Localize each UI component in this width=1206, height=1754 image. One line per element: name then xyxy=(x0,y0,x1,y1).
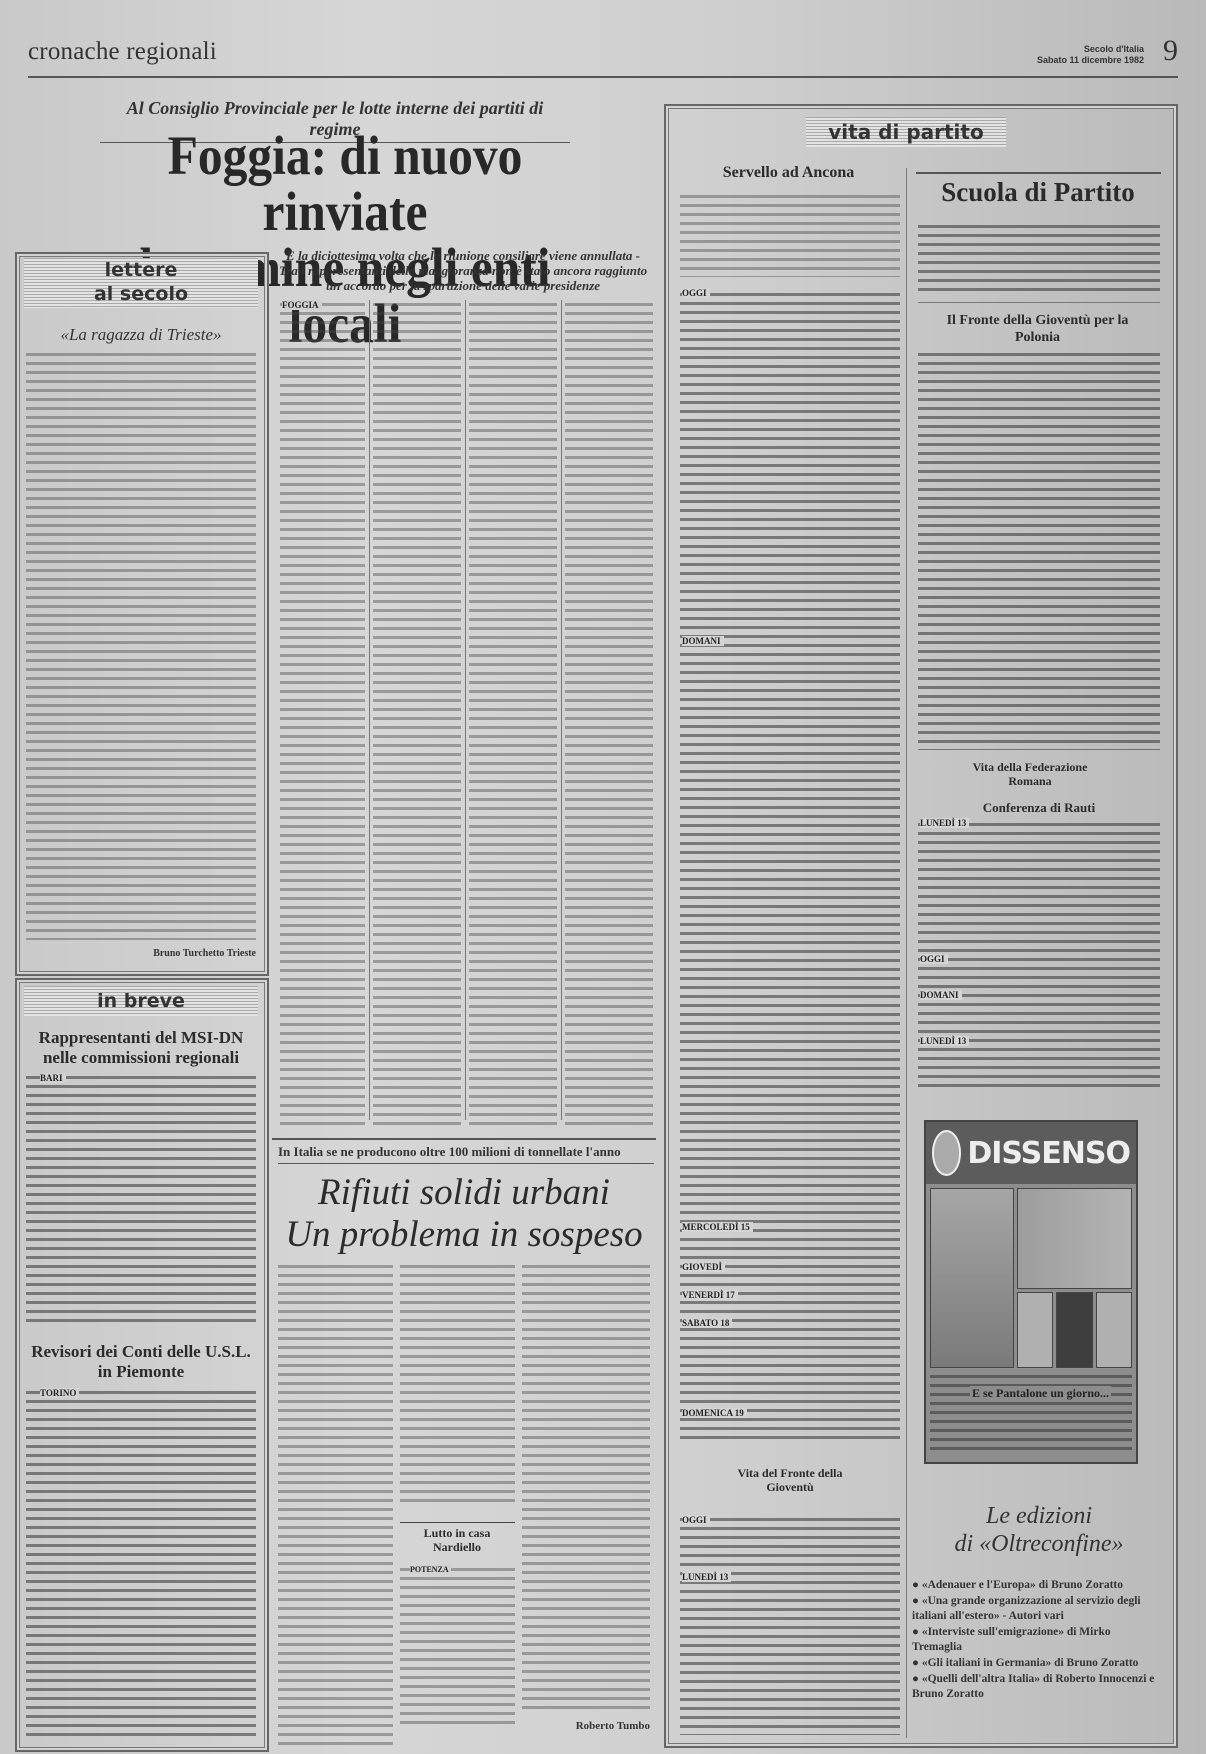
waste-headline-line1: Rifiuti solidi urbani xyxy=(272,1172,656,1214)
brief1-title: Rappresentanti del MSI-DN nelle commissi… xyxy=(24,1028,258,1068)
dissenso-wordmark: DISSENSO xyxy=(967,1136,1130,1171)
waste-top-rule xyxy=(272,1138,656,1140)
cover-photo-left xyxy=(930,1188,1014,1368)
masthead-info: Secolo d'Italia Sabato 11 dicembre 1982 xyxy=(1037,44,1144,66)
letters-rubric: lettere al secolo xyxy=(24,258,258,308)
waste-body-col2 xyxy=(400,1262,515,1502)
youth-label-mon: LUNEDÌ 13 xyxy=(682,1572,731,1582)
letters-body xyxy=(26,350,256,940)
rauti-label-today: OGGI xyxy=(920,954,948,964)
edition-item: ● «Adenauer e l'Europa» di Bruno Zoratto xyxy=(912,1578,1160,1593)
youth-front-body xyxy=(680,1515,900,1735)
poland-title: Il Fronte della Gioventù per la Polonia xyxy=(930,312,1145,346)
waste-kicker: In Italia se ne producono oltre 100 mili… xyxy=(278,1144,654,1164)
column-rule xyxy=(369,300,370,1120)
lead-body-col4 xyxy=(565,300,653,1125)
servello-title: Servello ad Ancona xyxy=(676,164,901,182)
school-title: Scuola di Partito xyxy=(912,177,1164,208)
box-column-rule xyxy=(906,168,907,1738)
sidebar-rule xyxy=(400,1522,515,1523)
dissenso-cover-caption: E se Pantalone un giorno... xyxy=(970,1386,1111,1401)
servello-body xyxy=(680,192,900,277)
editions-title-line1: Le edizioni xyxy=(918,1502,1160,1530)
letters-rubric-line2: al secolo xyxy=(24,282,258,306)
agenda-label-thu: GIOVEDÌ xyxy=(682,1262,725,1272)
mourning-body xyxy=(400,1565,515,1725)
editions-title: Le edizioni di «Oltreconfine» xyxy=(918,1502,1160,1558)
cover-photo-portrait xyxy=(1017,1188,1132,1289)
issue-date: Sabato 11 dicembre 1982 xyxy=(1037,55,1144,66)
lead-body-col1 xyxy=(280,300,365,1125)
rauti-label-tomorrow: DOMANI xyxy=(920,990,962,1000)
lead-dateline: FOGGIA xyxy=(282,300,322,310)
lead-body-col2 xyxy=(373,300,461,1125)
letters-signature: Bruno Turchetto Trieste xyxy=(26,948,256,959)
waste-body-col3 xyxy=(522,1262,650,1712)
mourning-dateline: POTENZA xyxy=(410,1565,451,1574)
waste-headline-line2: Un problema in sospeso xyxy=(272,1214,656,1256)
column-rule xyxy=(465,300,466,1120)
agenda-label-wed: MERCOLEDÌ 15 xyxy=(682,1222,753,1232)
brief2-dateline: TORINO xyxy=(40,1388,79,1398)
brief1-dateline: BARI xyxy=(40,1073,66,1083)
brief1-body xyxy=(26,1073,256,1323)
lead-headline-line1: Foggia: di nuovo rinviate xyxy=(98,128,593,240)
mourning-title: Lutto in casa Nardiello xyxy=(402,1526,512,1554)
brief2-body xyxy=(26,1388,256,1738)
dissenso-cover-text: E se Pantalone un giorno... xyxy=(930,1372,1132,1452)
cover-thumb xyxy=(1017,1292,1053,1368)
school-rule xyxy=(916,172,1161,174)
cover-thumb xyxy=(1096,1292,1132,1368)
edition-item: ● «Interviste sull'emigrazione» di Mirko… xyxy=(912,1625,1160,1655)
youth-front-title: Vita del Fronte della Gioventù xyxy=(735,1466,845,1494)
lead-subhead: È la diciottesima volta che la riunione … xyxy=(278,248,648,293)
cover-thumb-dark xyxy=(1056,1292,1092,1368)
lead-body-col3 xyxy=(469,300,557,1125)
section-name: cronache regionali xyxy=(28,38,217,66)
school-body xyxy=(918,222,1160,294)
dissenso-cover-images xyxy=(926,1184,1136,1372)
letters-title: «La ragazza di Trieste» xyxy=(24,325,258,345)
rauti-title: Conferenza di Rauti xyxy=(918,800,1160,816)
waste-body-col1 xyxy=(278,1262,393,1747)
edition-item: ● «Quelli dell'altra Italia» di Roberto … xyxy=(912,1672,1160,1702)
letters-rubric-line1: lettere xyxy=(24,258,258,282)
editions-list: ● «Adenauer e l'Europa» di Bruno Zoratto… xyxy=(912,1578,1160,1703)
rauti-label-mon: LUNEDÌ 13 xyxy=(920,818,969,828)
dissenso-ad[interactable]: DISSENSO E se Pantalone un giorno... xyxy=(924,1120,1138,1464)
waste-headline: Rifiuti solidi urbani Un problema in sos… xyxy=(272,1172,656,1256)
youth-label-today: OGGI xyxy=(682,1515,710,1525)
agenda-label-sun: DOMENICA 19 xyxy=(682,1408,747,1418)
agenda-label-tomorrow: DOMANI xyxy=(682,636,724,646)
brief2-title: Revisori dei Conti delle U.S.L. in Piemo… xyxy=(24,1342,258,1382)
dissenso-masthead: DISSENSO xyxy=(926,1122,1136,1184)
agenda-label-fri: VENERDÌ 17 xyxy=(682,1290,738,1300)
dissenso-logo-icon xyxy=(932,1130,961,1176)
in-brief-rubric: in breve xyxy=(24,986,258,1016)
section-rule xyxy=(918,302,1160,303)
rauti-body xyxy=(918,820,1160,1090)
masthead-rule xyxy=(28,76,1178,78)
agenda-label-sat: SABATO 18 xyxy=(682,1318,732,1328)
page-number: 9 xyxy=(1163,34,1178,68)
waste-byline: Roberto Tumbo xyxy=(522,1720,650,1732)
column-rule xyxy=(561,300,562,1120)
edition-item: ● «Gli italiani in Germania» di Bruno Zo… xyxy=(912,1656,1160,1671)
rauti-label-mon2: LUNEDÌ 13 xyxy=(920,1036,969,1046)
paper-name: Secolo d'Italia xyxy=(1037,44,1144,55)
poland-body xyxy=(918,350,1160,750)
party-life-rubric: vita di partito xyxy=(806,117,1006,147)
editions-title-line2: di «Oltreconfine» xyxy=(918,1530,1160,1558)
edition-item: ● «Una grande organizzazione al servizio… xyxy=(912,1594,1160,1624)
agenda-label-today: OGGI xyxy=(682,288,710,298)
federation-title: Vita della Federazione Romana xyxy=(960,760,1100,788)
